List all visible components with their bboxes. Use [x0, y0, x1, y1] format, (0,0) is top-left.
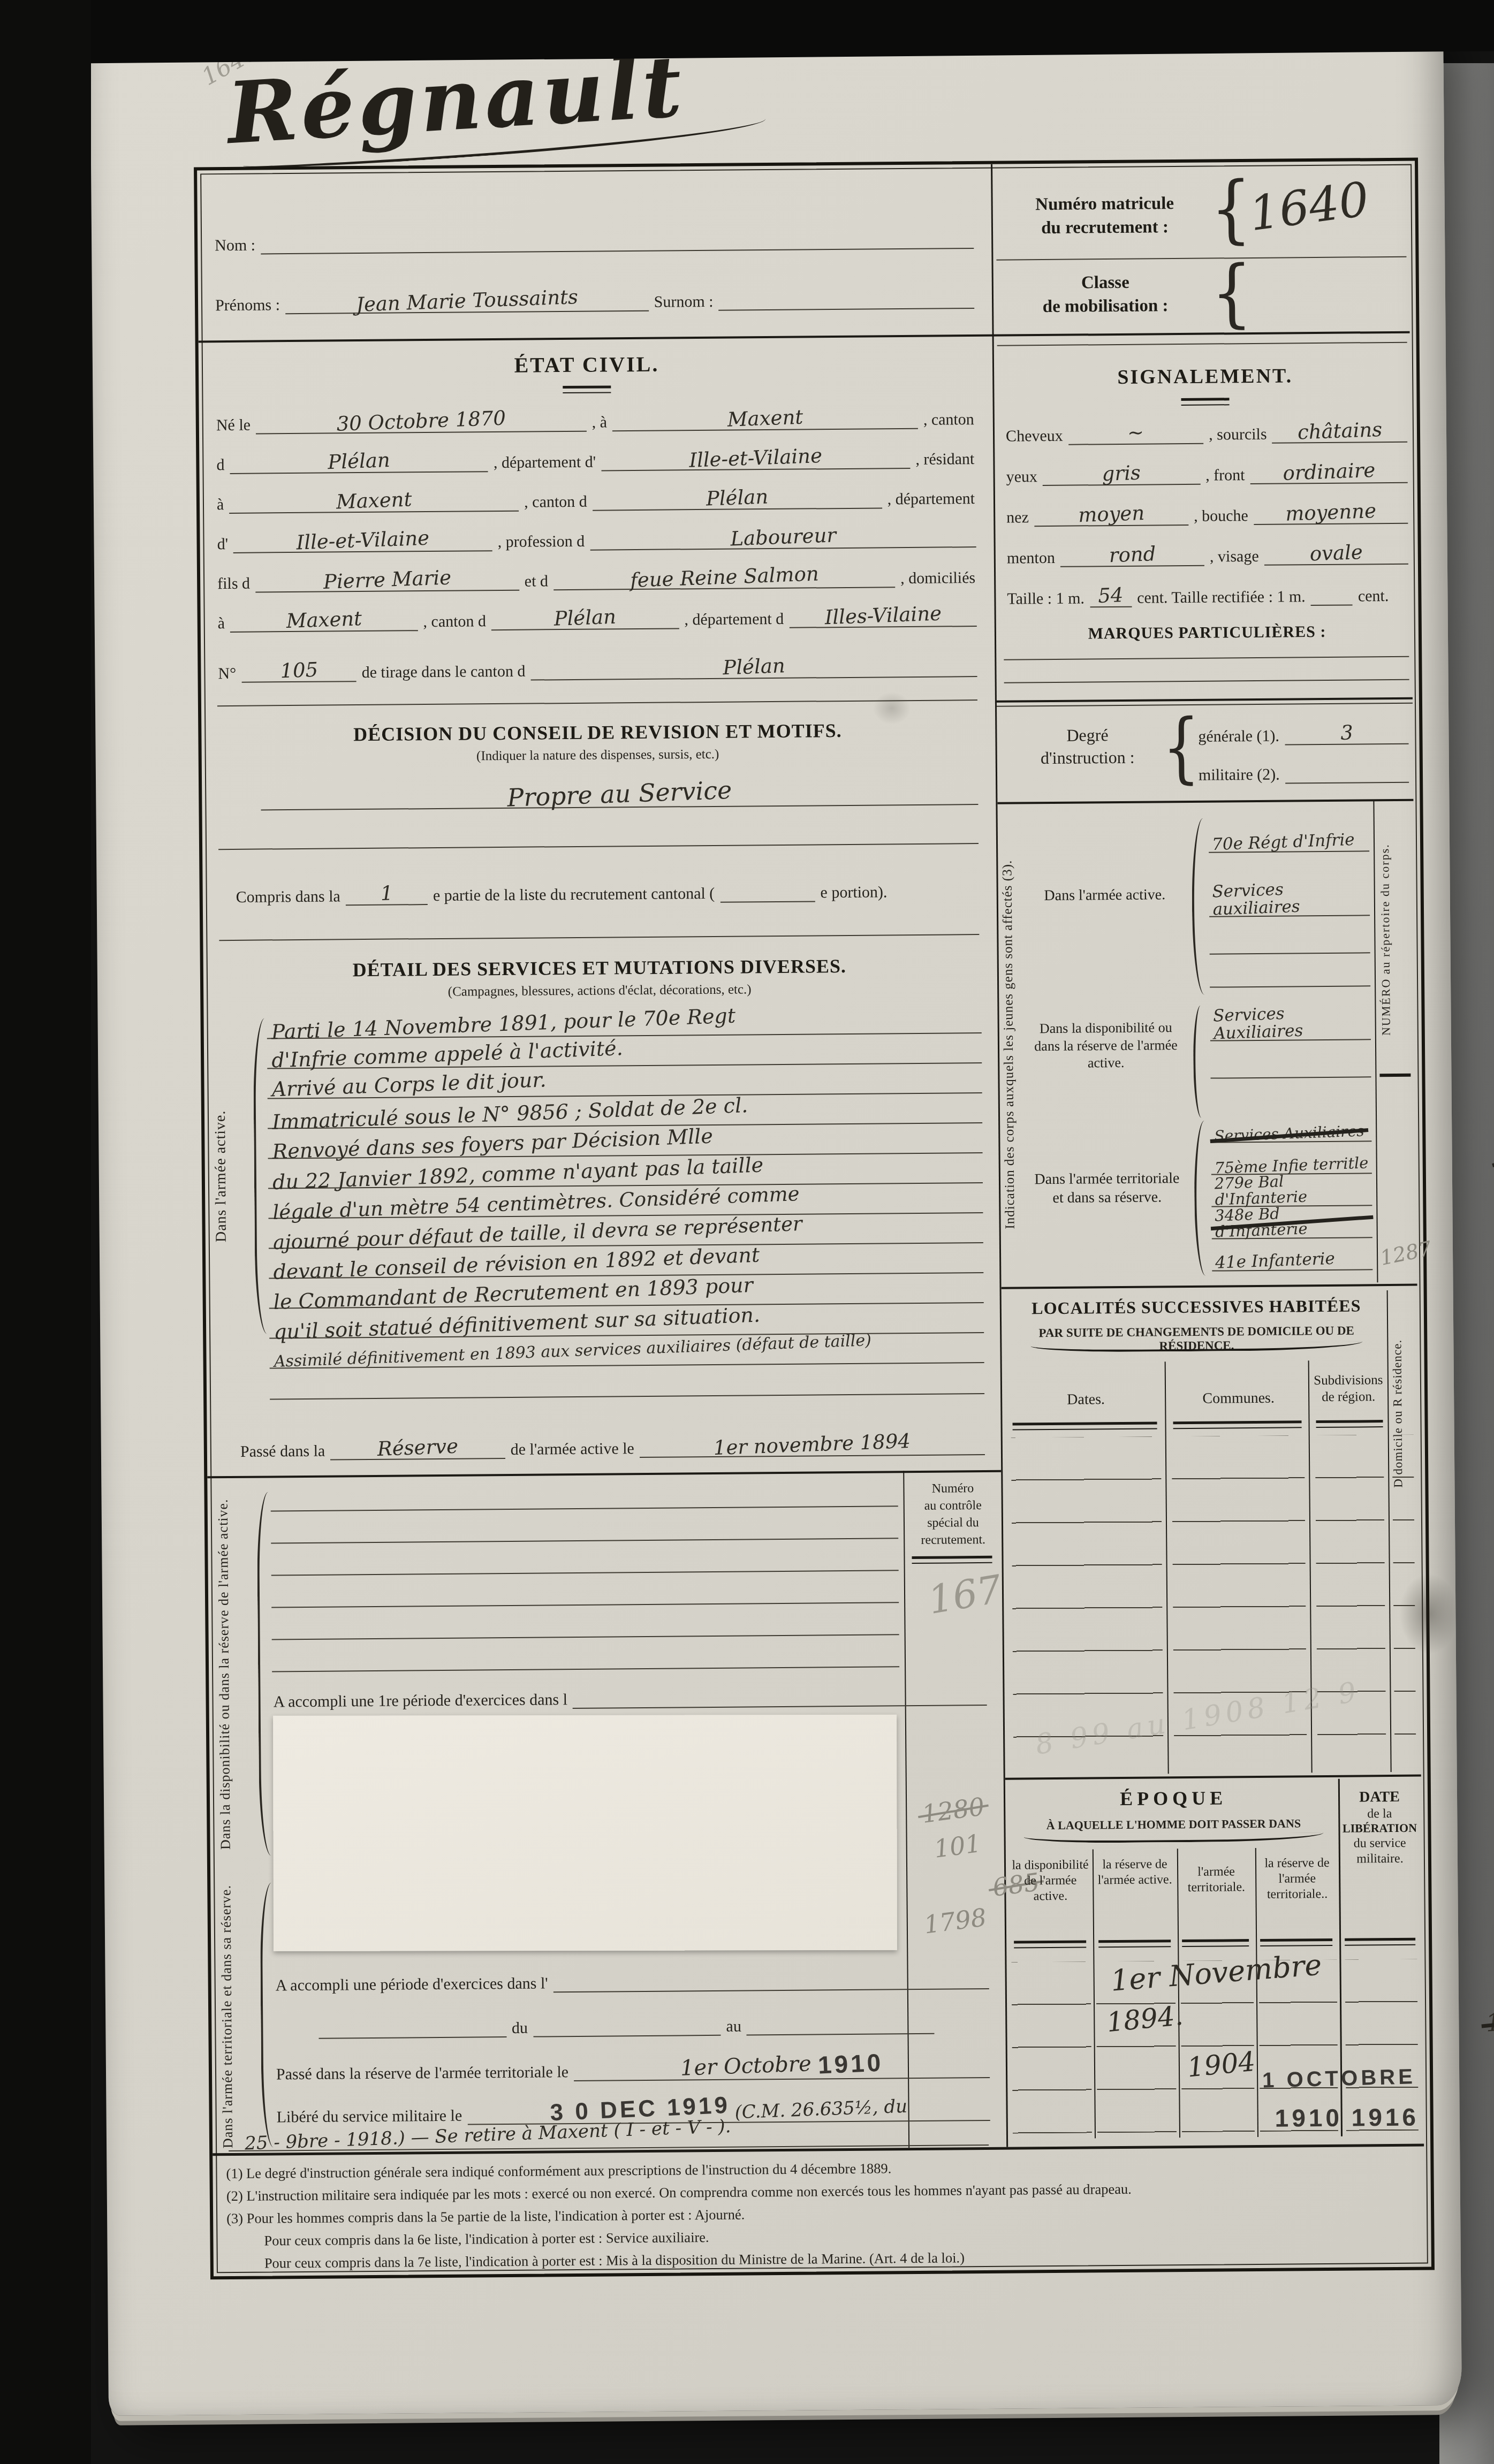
register-sheet: 1640 Régnault Nom : Prénoms :Jean Marie …	[90, 17, 1462, 2416]
printed-label: , sourcils	[1208, 425, 1268, 444]
etat-civil-row: fils dPierre Marieet dfeue Reine Salmon,…	[216, 557, 976, 593]
form-frame: Nom : Prénoms :Jean Marie ToussaintsSurn…	[194, 158, 1435, 2280]
signalement-tick	[1181, 398, 1229, 406]
corps-separator	[1002, 1284, 1417, 1289]
compris-row: Compris dans la1e partie de la liste du …	[234, 870, 979, 907]
printed-label: , département d'	[492, 453, 597, 472]
localites-title: LOCALITÉS SUCCESSIVES HABITÉES	[1009, 1296, 1384, 1318]
degre-separator	[997, 799, 1413, 804]
form-field: gris	[1043, 463, 1200, 486]
epoque-entry-1894: 1894.	[1105, 2002, 1184, 2037]
matricule-label-2: du recrutement :	[1000, 217, 1209, 239]
scanned-register-photo: 1640 Régnault Nom : Prénoms :Jean Marie …	[0, 0, 1494, 2464]
degre-brace: {	[1162, 703, 1200, 792]
printed-label: Compris dans la	[235, 887, 342, 907]
services-lines: Parti le 14 Novembre 1891, pour le 70e R…	[267, 1003, 981, 1009]
epoque-col-header: l'armée territoriale.	[1180, 1864, 1253, 1896]
detail-subtitle: (Campagnes, blessures, actions d'éclat, …	[236, 980, 964, 1001]
blank-line	[218, 843, 979, 850]
printed-label: , résidant	[914, 450, 975, 469]
stamp-1910: 1910	[817, 2048, 884, 2079]
blank-line	[1210, 952, 1370, 954]
printed-label: , canton	[922, 410, 975, 429]
repertoire-number: 1287	[1378, 1238, 1434, 1269]
corps-entry: Services Auxiliaires	[1210, 1013, 1371, 1041]
form-field: 3	[1285, 723, 1409, 746]
epoque-tick	[1345, 1938, 1415, 1946]
form-field	[533, 2035, 721, 2037]
prenoms-field: Jean Marie Toussaints	[285, 290, 649, 314]
controle-header: recrutement.	[906, 1532, 1000, 1548]
libere-label: Libéré du service militaire le	[276, 2106, 464, 2126]
etat-civil-row: d'Ille-et-Vilaine, profession dLaboureur	[216, 518, 976, 553]
epoque-tick	[1014, 1940, 1086, 1948]
printed-label: militaire (2).	[1197, 765, 1281, 785]
disponibilite-side-label: Dans la disponibilité ou dans la réserve…	[215, 1492, 233, 1856]
printed-label: , département	[886, 490, 976, 509]
footnote: (2) L'instruction militaire sera indiqué…	[226, 2181, 1132, 2204]
corps-entry: 348e Bd d'Infanterie	[1211, 1213, 1372, 1239]
pencil-number: 101	[932, 1830, 982, 1862]
footnote: (3) Pour les hommes compris dans la 5e p…	[226, 2207, 745, 2227]
form-field: Plélan	[230, 450, 488, 474]
epoque-entry-1904: 1904	[1186, 2048, 1257, 2082]
printed-label: , domiciliés	[899, 569, 976, 588]
controle-header: Numéro	[906, 1481, 999, 1497]
footnote: Pour ceux compris dans la 6e liste, l'in…	[264, 2229, 709, 2249]
epoque-title: ÉPOQUE	[1013, 1786, 1334, 1811]
form-field: Maxent	[230, 609, 418, 633]
matricule-label: Numéro matricule	[1000, 194, 1209, 215]
signalement-separator	[997, 697, 1413, 703]
decision-title: DÉCISION DU CONSEIL DE REVISION ET MOTIF…	[233, 718, 961, 747]
corps-numero-label: NUMÉRO au répertoire du corps.	[1378, 811, 1410, 1068]
form-field: Illes-Vilaine	[789, 605, 977, 628]
form-field: Ille-et-Vilaine	[233, 529, 492, 553]
signalement-row: Cheveux~, sourcilschâtains	[1005, 414, 1407, 446]
printed-label: , département d	[683, 610, 785, 629]
section-separator	[207, 1470, 1001, 1479]
controle-tick	[912, 1556, 992, 1564]
printed-label: e portion).	[819, 883, 888, 902]
form-field: 54	[1090, 585, 1132, 607]
ruled-line	[271, 1602, 899, 1608]
localites-col-communes: Communes.	[1167, 1388, 1309, 1408]
degre-generale-row: générale (1).3	[1197, 718, 1408, 746]
stamp-1-octobre: 1 OCTOBRE	[1262, 2065, 1423, 2093]
epoque-col-header: la réserve de l'armée active.	[1095, 1857, 1174, 1888]
localites-tick	[1173, 1420, 1302, 1429]
decision-subtitle: (Indiquer la nature des dispenses, sursi…	[234, 745, 962, 766]
form-field: 30 Octobre 1870	[256, 410, 587, 435]
corps-row1-brace	[1192, 818, 1209, 995]
matricule-line	[996, 256, 1406, 261]
form-field	[553, 1988, 989, 1993]
printed-label: , front	[1204, 466, 1246, 485]
pencil-number: 1280	[921, 1793, 986, 1827]
ruled-line	[271, 1505, 898, 1511]
printed-label: A accompli une 1re période d'exercices d…	[272, 1691, 568, 1712]
pasted-slip	[273, 1715, 897, 1951]
decision-field: Propre au Service	[261, 778, 978, 811]
printed-label: générale (1).	[1197, 727, 1280, 746]
printed-label: Taille : 1 m.	[1006, 589, 1086, 609]
form-field: Maxent	[612, 407, 918, 431]
matricule-brace: {	[1210, 166, 1252, 252]
form-field	[319, 2036, 507, 2039]
footnote: Pour ceux compris dans la 7e liste, l'in…	[264, 2249, 965, 2271]
degre-label: Degréd'instruction :	[1015, 724, 1160, 769]
form-field: Pierre Marie	[255, 569, 519, 593]
nom-row: Nom :	[214, 218, 974, 255]
corps-row2-label: Dans la disponibilité ou dans la réserve…	[1028, 1019, 1184, 1073]
accompli-2-row: A accompli une période d'exercices dans …	[274, 1963, 989, 1995]
printed-label: nez	[1005, 508, 1030, 527]
decision-value-row: Propre au Service	[261, 772, 978, 811]
printed-label: N°	[217, 664, 237, 683]
tirage-row: N°105de tirage dans le canton dPlélan	[217, 646, 977, 683]
armee-active-side-label: Dans l'armée active.	[211, 1026, 231, 1326]
form-field	[1285, 782, 1409, 784]
corps-side-label: Indication des corps auxquels les jeunes…	[1000, 809, 1025, 1280]
blank-line	[1004, 656, 1409, 660]
ink-stain	[873, 692, 911, 725]
blank-line	[217, 699, 977, 706]
printed-label: à	[217, 614, 226, 633]
localites-tick	[1013, 1421, 1157, 1430]
stamp-1916: 1916	[1352, 2103, 1420, 2132]
localites-separator	[1005, 1775, 1421, 1780]
corps-row3-brace	[1194, 1121, 1211, 1276]
form-field: Réserve	[330, 1437, 505, 1460]
printed-label: , canton d	[523, 492, 588, 511]
printed-label: d	[215, 456, 225, 475]
epoque-divider	[1093, 1849, 1096, 2138]
printed-label: à	[216, 496, 225, 514]
printed-label: au	[725, 2017, 742, 2036]
epoque-flourish	[1024, 1832, 1324, 1843]
printed-label: , visage	[1209, 547, 1260, 566]
printed-label: Passé dans la	[239, 1442, 327, 1461]
degre-militaire-row: militaire (2).	[1197, 756, 1409, 785]
form-field	[573, 1705, 987, 1709]
form-field: Plélan	[530, 655, 977, 680]
printed-label: cent. Taille rectifiée : 1 m.	[1136, 588, 1307, 607]
etat-civil-row: dPlélan, département d'Ille-et-Vilaine, …	[215, 438, 975, 474]
controle-number: 167	[926, 1569, 1005, 1621]
signalement-title: SIGNALEMENT.	[1002, 363, 1408, 390]
form-field: rond	[1060, 544, 1204, 567]
signalement-row: yeuxgris, frontordinaire	[1005, 454, 1407, 486]
passe-territoriale-row: Passé dans la réserve de l'armée territo…	[275, 2048, 990, 2083]
detail-title: DÉTAIL DES SERVICES ET MUTATIONS DIVERSE…	[236, 954, 964, 982]
etat-civil-tick	[563, 385, 611, 393]
form-field: Maxent	[229, 490, 519, 514]
corps-entry: 70e Régt d'Infrie	[1209, 825, 1369, 853]
epoque-col-header: la réserve de l'armée territoriale..	[1258, 1855, 1337, 1903]
passe-territoriale-field: 1er Octobre 1910	[574, 2048, 990, 2081]
epoque-date-header: DATE de la LIBÉRATION du service militai…	[1340, 1788, 1419, 1867]
signalement-separator-2	[997, 703, 1413, 707]
corps-numero-divider	[1373, 801, 1378, 1282]
signalement-row: mentonrond, visageovale	[1006, 536, 1408, 568]
printed-label: fils d	[216, 574, 251, 593]
armee-active-brace	[253, 1018, 272, 1334]
surnom-field	[719, 308, 975, 311]
form-field	[1311, 605, 1353, 606]
printed-label: menton	[1006, 549, 1056, 567]
localites-col-subdiv: Subdivisions de région.	[1310, 1372, 1386, 1406]
corps-row3-label: Dans l'armée territoriale et dans sa rés…	[1029, 1169, 1185, 1207]
etat-civil-title: ÉTAT CIVIL.	[359, 350, 814, 379]
printed-label: Né le	[215, 416, 252, 435]
form-field: Plélan	[593, 487, 882, 511]
form-field: 1er novembre 1894	[640, 1433, 985, 1458]
controle-divider	[903, 1471, 909, 2148]
printed-label: , à	[591, 413, 609, 432]
marques-title: MARQUES PARTICULIÈRES :	[1004, 622, 1410, 644]
ruled-line	[272, 1666, 899, 1672]
printed-label: de l'armée active le	[510, 1440, 635, 1459]
du-au-row: duau	[318, 2009, 934, 2039]
ruled-line	[271, 1538, 898, 1543]
epoque-tick	[1098, 1940, 1171, 1948]
form-field: Laboureur	[590, 526, 976, 551]
epoque-entry-1901: 1901	[1485, 2006, 1494, 2036]
form-field: châtains	[1272, 421, 1407, 444]
form-field: ordinaire	[1250, 461, 1407, 484]
printed-label: , canton d	[422, 612, 487, 631]
printed-label: d'	[216, 535, 229, 553]
footnote: (1) Le degré d'instruction générale sera…	[226, 2160, 891, 2182]
passe-reserve-row: Passé dans laRéservede l'armée active le…	[239, 1423, 985, 1461]
blank-line	[219, 934, 979, 941]
form-field: 1	[346, 883, 428, 906]
localites-tick	[1316, 1420, 1383, 1428]
corps-entry: Services Auxiliaires	[1211, 1117, 1371, 1143]
form-field: ~	[1068, 422, 1203, 445]
printed-label: et d	[524, 572, 549, 591]
pencil-number: 1798	[922, 1904, 988, 1938]
form-field: moyen	[1034, 504, 1189, 527]
surnom-label: Surnom :	[653, 292, 715, 311]
epoque-rows	[1011, 1961, 1092, 2133]
numero-tick	[1379, 1074, 1410, 1077]
epoque-col-header: la disponibilité de l'armée active.	[1011, 1857, 1090, 1904]
accompli-1-row: A accompli une 1re période d'exercices d…	[272, 1679, 987, 1711]
service-line: Parti le 14 Novembre 1891, pour le 70e R…	[271, 1005, 736, 1043]
signalement-row: nezmoyen, bouchemoyenne	[1005, 495, 1408, 527]
matricule-value: 1640	[1247, 174, 1372, 239]
printed-label: cent.	[1357, 587, 1390, 605]
printed-label: e partie de la liste du recrutement cant…	[432, 884, 716, 905]
classe-label: Classe	[1001, 272, 1210, 294]
corps-row2-brace	[1193, 1006, 1210, 1118]
classe-brace: {	[1211, 250, 1253, 336]
corps-entry: 41e Infanterie	[1212, 1245, 1372, 1271]
localites-col-dates: Dates.	[1010, 1389, 1162, 1409]
printed-label: du	[511, 2019, 529, 2037]
blank-line	[270, 1393, 984, 1400]
printed-label: Cheveux	[1005, 427, 1064, 445]
printed-label: A accompli une période d'exercices dans …	[275, 1974, 549, 1995]
nom-field	[261, 248, 974, 254]
form-field: Ille-et-Vilaine	[601, 447, 911, 471]
printed-label: , bouche	[1193, 507, 1249, 526]
etat-civil-row: Né le30 Octobre 1870, àMaxent, canton	[215, 399, 975, 435]
ruled-line	[271, 1570, 899, 1576]
etat-civil-row: àMaxent, canton dPlélan, département dIl…	[216, 597, 976, 633]
blank-line	[1210, 985, 1370, 987]
nom-label: Nom :	[214, 236, 256, 255]
prenoms-label: Prénoms :	[214, 296, 281, 315]
form-field: 105	[241, 660, 357, 683]
epoque-tick	[1260, 1938, 1332, 1946]
territoriale-side-label: Dans l'armée territoriale et dans sa rés…	[218, 1883, 236, 2150]
form-field: feue Reine Salmon	[553, 566, 896, 590]
epoque-tick	[1182, 1939, 1249, 1947]
etat-civil-row: àMaxent, canton dPlélan, département	[216, 478, 976, 514]
controle-header: au contrôle	[906, 1498, 1000, 1514]
passe-territoriale-label: Passé dans la réserve de l'armée territo…	[275, 2063, 570, 2084]
epoque-subtitle: À LAQUELLE L'HOMME DOIT PASSER DANS	[1013, 1816, 1334, 1833]
printed-label: de tirage dans le canton d	[361, 662, 527, 682]
stamp-1910: 1910	[1275, 2103, 1343, 2133]
localites-rows	[1315, 1435, 1386, 1773]
ruled-line	[272, 1634, 899, 1640]
classe-label-2: de mobilisation :	[1001, 296, 1210, 317]
blank-line	[1210, 1076, 1371, 1078]
form-field: Plélan	[491, 607, 679, 631]
ink-stain	[1399, 1573, 1459, 1654]
form-field: moyenne	[1254, 502, 1408, 525]
printed-label: yeux	[1005, 468, 1039, 486]
controle-header: spécial du	[906, 1515, 1000, 1531]
form-field: ovale	[1264, 543, 1408, 566]
form-field	[720, 901, 815, 902]
blank-line	[1004, 679, 1409, 683]
prenoms-row: Prénoms :Jean Marie ToussaintsSurnom :	[214, 278, 974, 315]
corps-row1-label: Dans l'armée active.	[1027, 885, 1182, 905]
form-field	[747, 2033, 935, 2036]
corps-entry: Services auxiliaires	[1209, 889, 1370, 917]
binding-edge	[0, 0, 91, 2464]
signalement-row: Taille : 1 m.54cent. Taille rectifiée : …	[1006, 576, 1408, 609]
printed-label: , profession d	[496, 532, 586, 551]
classe-line	[997, 342, 1407, 346]
